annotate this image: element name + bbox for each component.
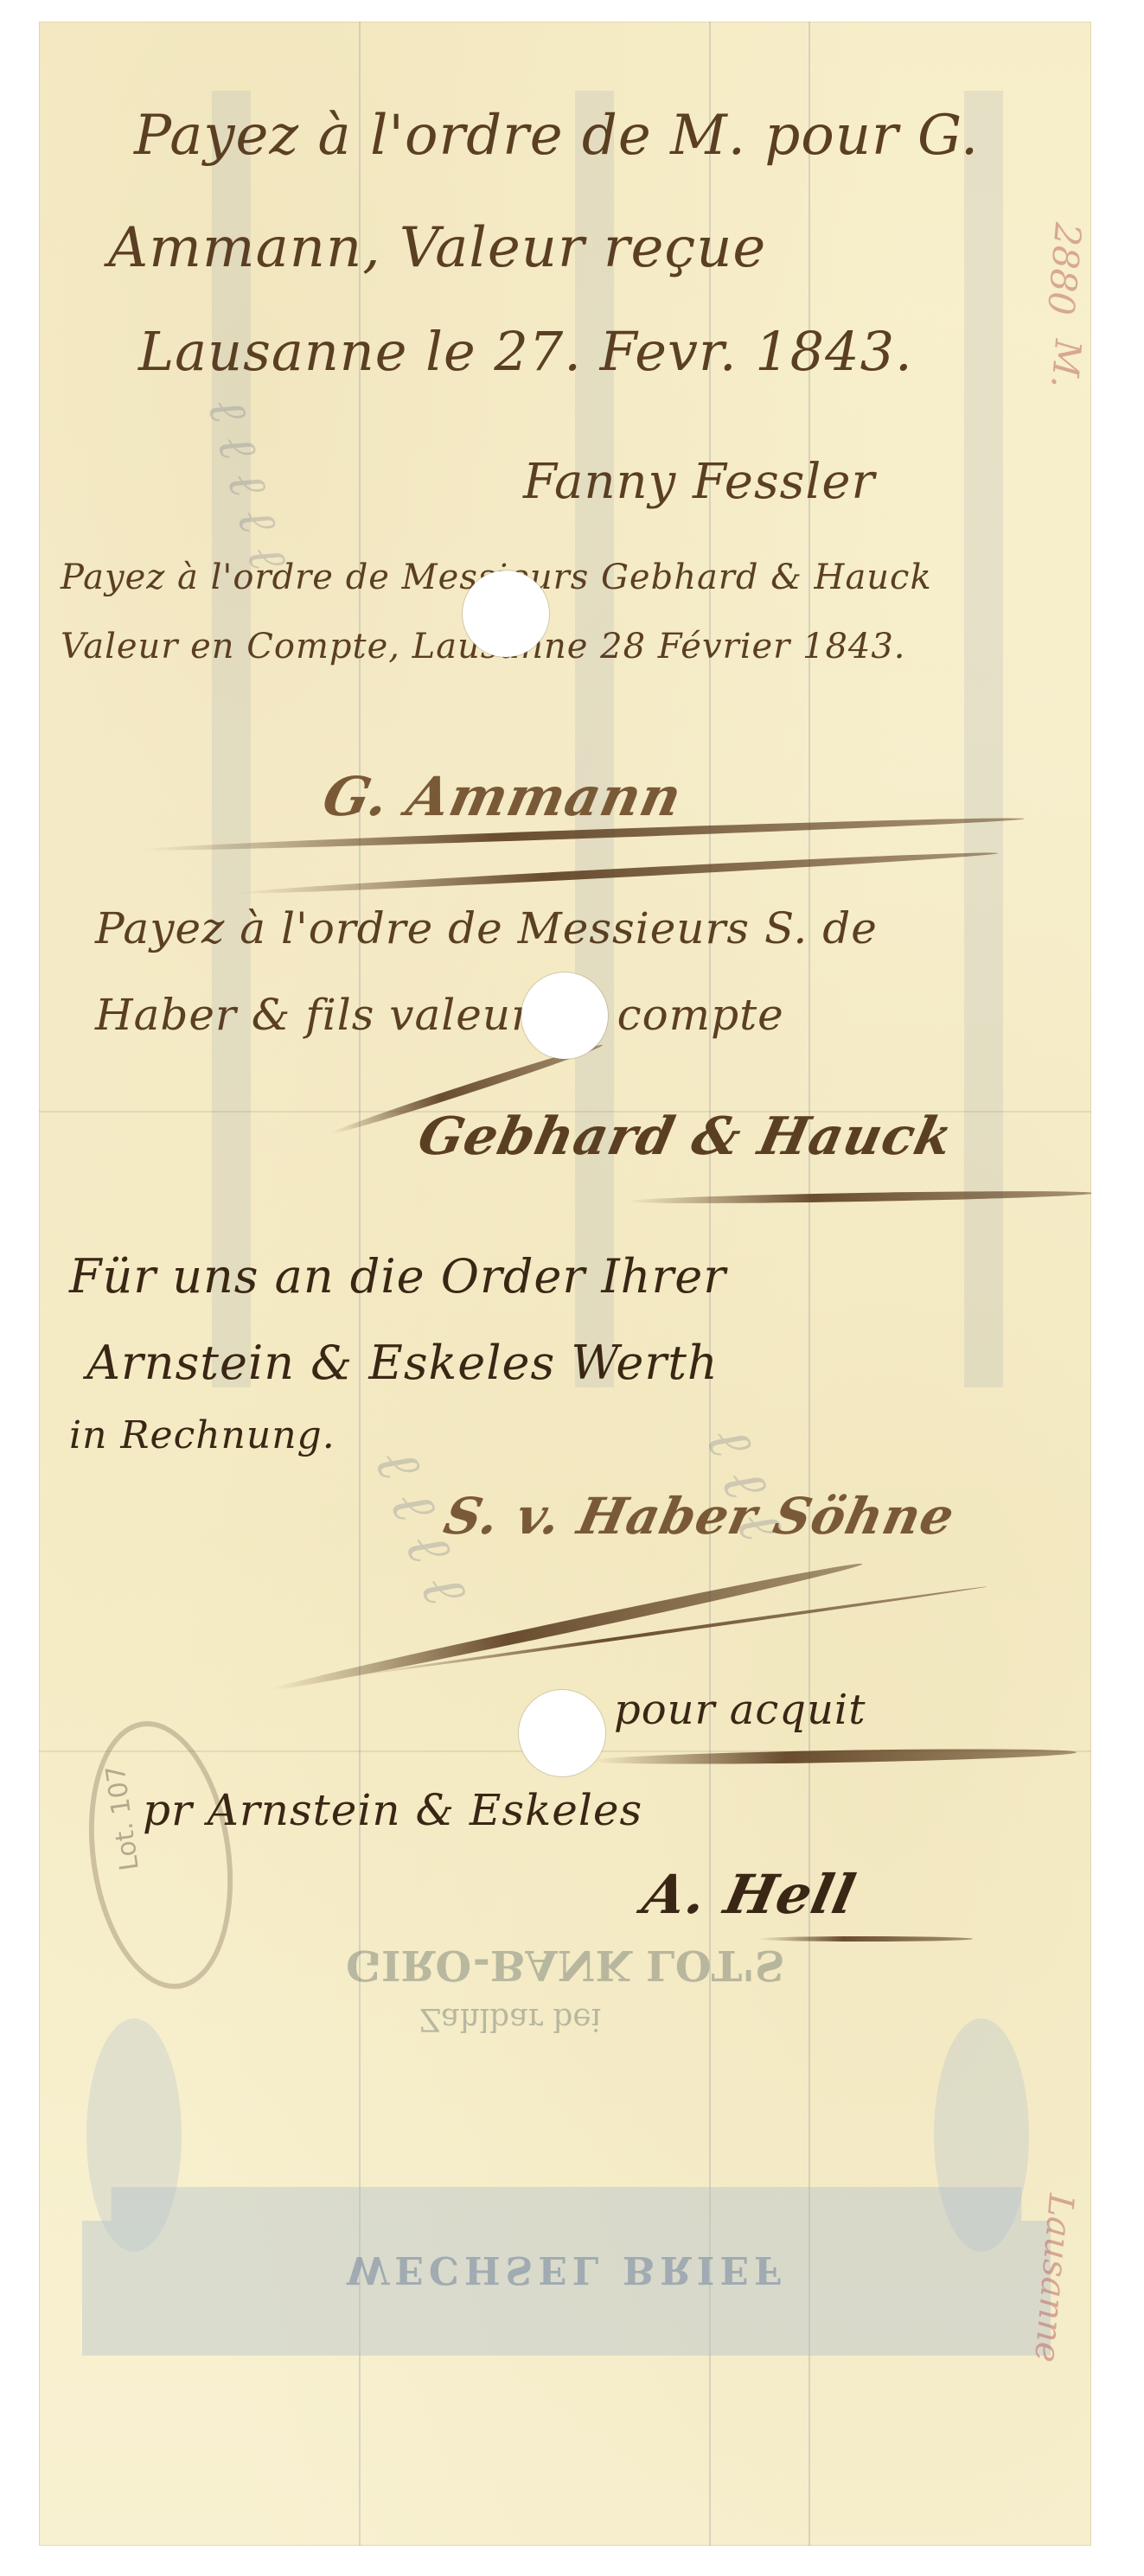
ghost-writing: ℓ ℓ ℓ ℓ ℓ [195,392,299,577]
left-stamp: Lot. 107 [73,1712,249,1999]
mirrored-print-line1: GIRO-BANK LOT'S [346,1941,785,1989]
endorsement-1-signature: Fanny Fessler [523,454,875,510]
endorsement-3-signature: Gebhard & Hauck [413,1106,959,1167]
endorsement-1-line-3: Lausanne le 27. Fevr. 1843. [138,320,913,383]
punch-hole [521,972,608,1059]
endorsement-3-line-2: Haber & fils valeur en compte [95,990,784,1040]
punch-hole [519,1690,605,1776]
bottom-banner-text: WECHSEL BRIEF [82,2248,1051,2292]
red-note-mid: M. [1043,338,1090,390]
signature-flourish [238,849,998,897]
endorsement-2-signature: G. Ammann [317,765,687,828]
strike-through [592,1746,1077,1767]
mirrored-print-line2: Zahlbar bei [419,2001,601,2037]
endorsement-1-line-1: Payez à l'ordre de M. pour G. [134,104,979,168]
document-paper: ℓ ℓ ℓ ℓ ℓ ℓ ℓ ℓ ℓ ℓ ℓ ℓ WECHSEL BRIEF GI… [39,22,1091,2546]
endorsement-3-line-1: Payez à l'ordre de Messieurs S. de [95,903,878,953]
endorsement-4-line-1: Für uns an die Order Ihrer [69,1249,726,1304]
endorsement-4-line-3: in Rechnung. [69,1413,336,1457]
endorsement-5-line-1: pour acquit [614,1686,866,1734]
left-stamp-text: Lot. 107 [100,1763,145,1872]
endorsement-5-line-2: pr Arnstein & Eskeles [143,1785,642,1835]
bleed-band [575,91,614,1387]
bleed-band [212,91,251,1387]
endorsement-1-line-2: Ammann, Valeur reçue [108,216,766,280]
endorsement-4-line-2: Arnstein & Eskeles Werth [86,1336,719,1390]
endorsement-4-signature: S. v. Haber Söhne [439,1487,960,1546]
red-note-bottom: Lausanne [1026,2192,1081,2364]
bottom-banner: WECHSEL BRIEF [82,2187,1051,2356]
punch-hole [463,571,549,657]
signature-flourish [627,1189,1091,1205]
endorsement-5-signature: A. Hell [637,1863,861,1926]
signature-underline [757,1936,973,1942]
ruled-line [808,22,810,2546]
red-note-top: 2880 [1039,221,1090,317]
